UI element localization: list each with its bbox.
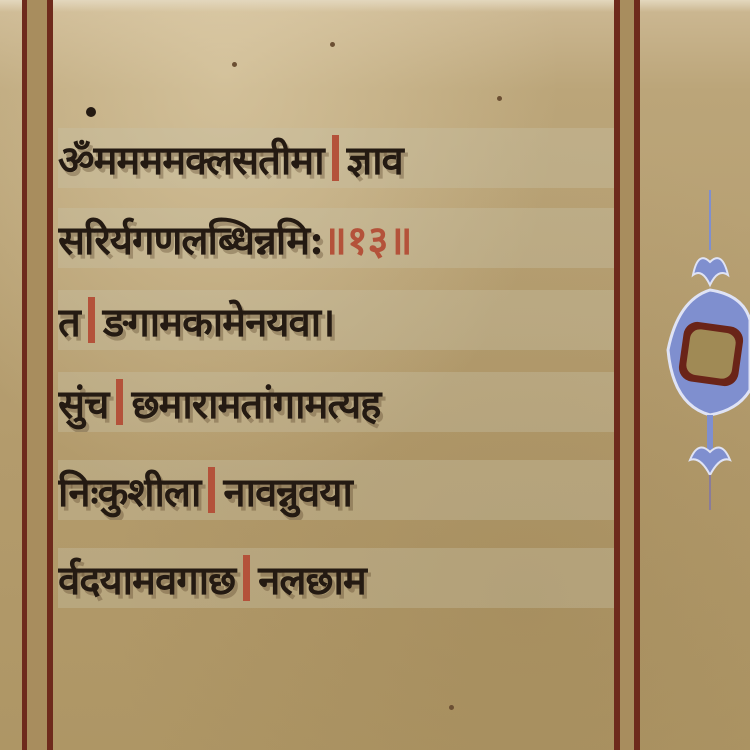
right-margin-band: [620, 0, 634, 750]
line-segment: ॐममममक्लसतीमा: [58, 131, 324, 186]
text-line-2: सरिर्यगणलब्धिन्नमि: ॥१३॥: [58, 208, 614, 268]
text-line-3: त ङगामकामेनयवा।: [58, 290, 614, 350]
red-danda-mark: [208, 467, 215, 513]
red-verse-number: ॥१३॥: [323, 211, 413, 266]
text-line-5: निःकुशीला नावन्नुवया: [58, 460, 614, 520]
left-margin-band: [27, 0, 47, 750]
red-danda-mark: [243, 555, 250, 601]
red-danda-mark: [88, 297, 95, 343]
text-line-6: र्वदयामवगाछ नलछाम: [58, 548, 614, 608]
line-segment: सरिर्यगणलब्धिन्नमि:: [58, 211, 323, 266]
paper-speck: [330, 42, 335, 47]
line-segment: ङगामकामेनयवा।: [103, 293, 334, 348]
manuscript-folio: ॐममममक्लसतीमा ज्ञाव सरिर्यगणलब्धिन्नमि: …: [0, 0, 750, 750]
paper-speck: [449, 705, 454, 710]
line-segment: नलछाम: [258, 551, 366, 606]
line-segment: र्वदयामवगाछ: [58, 551, 235, 606]
line-segment: छमारामतांगामत्यह: [131, 375, 380, 430]
line-segment: ज्ञाव: [347, 131, 403, 186]
opening-bindu-mark: [86, 107, 96, 117]
line-segment: नावन्नुवया: [223, 463, 351, 518]
line-segment: सुंच: [58, 375, 108, 430]
right-border-rule-inner: [614, 0, 620, 750]
line-segment: निःकुशीला: [58, 463, 200, 518]
text-line-4: सुंच छमारामतांगामत्यह: [58, 372, 614, 432]
manuscript-text-block: ॐममममक्लसतीमा ज्ञाव सरिर्यगणलब्धिन्नमि: …: [58, 128, 614, 618]
left-border-rule-outer: [22, 0, 27, 750]
paper-speck: [232, 62, 237, 67]
red-danda-mark: [116, 379, 123, 425]
paper-speck: [497, 96, 502, 101]
red-danda-mark: [332, 135, 339, 181]
left-border-rule-inner: [47, 0, 53, 750]
line-segment: त: [58, 293, 80, 348]
text-line-1: ॐममममक्लसतीमा ज्ञाव: [58, 128, 614, 188]
right-border-rule-outer: [634, 0, 640, 750]
margin-medallion-icon: [648, 190, 750, 510]
